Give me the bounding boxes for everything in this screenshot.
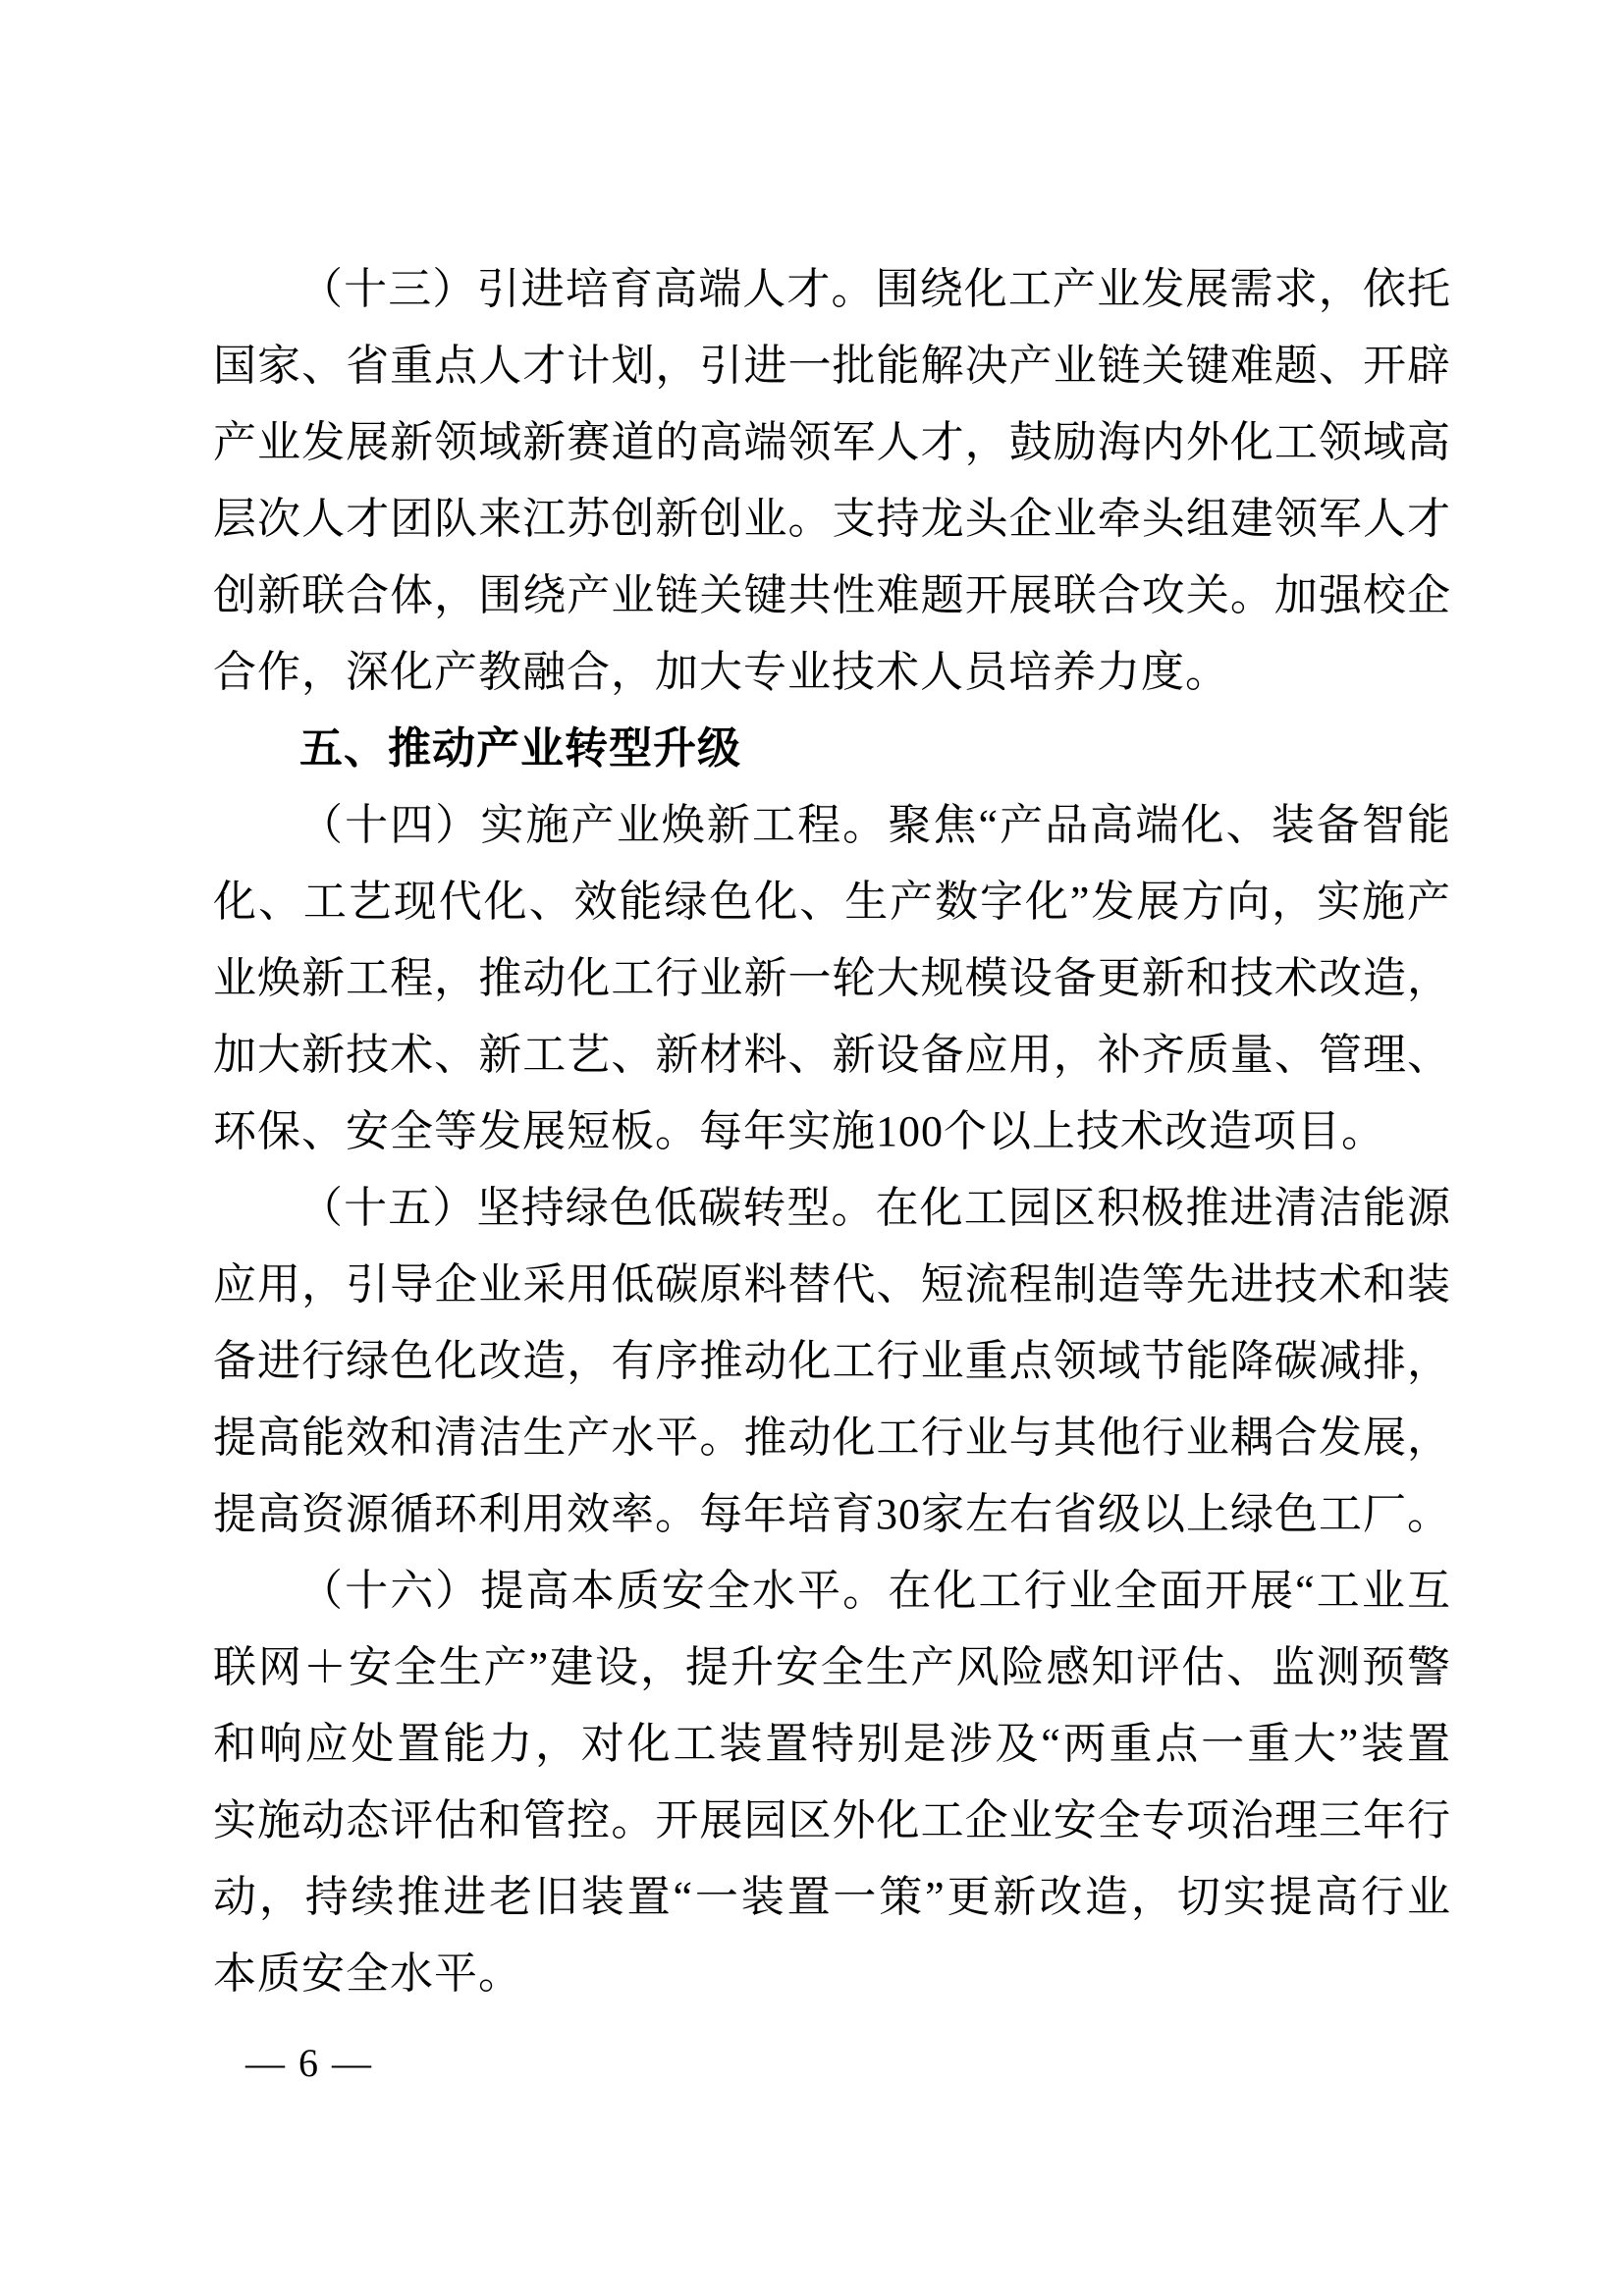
body-line: 提高能效和清洁生产水平。推动化工行业与其他行业耦合发展， bbox=[213, 1400, 1451, 1476]
body-line: 层次人才团队来江苏创新创业。支持龙头企业牵头组建领军人才 bbox=[213, 481, 1451, 558]
body-line: （十五）坚持绿色低碳转型。在化工园区积极推进清洁能源 bbox=[213, 1170, 1451, 1247]
document-page: （十三）引进培育高端人才。围绕化工产业发展需求，依托 国家、省重点人才计划，引进… bbox=[0, 0, 1624, 2296]
body-line: 国家、省重点人才计划，引进一批能解决产业链关键难题、开辟 bbox=[213, 328, 1451, 404]
body-line: 合作，深化产教融合，加大专业技术人员培养力度。 bbox=[213, 634, 1451, 711]
page-number: — 6 — bbox=[245, 2028, 373, 2099]
paragraph-item-14: （十四）实施产业焕新工程。聚焦“产品高端化、装备智能 化、工艺现代化、效能绿色化… bbox=[213, 787, 1451, 1170]
paragraph-item-13: （十三）引进培育高端人才。围绕化工产业发展需求，依托 国家、省重点人才计划，引进… bbox=[213, 251, 1451, 711]
body-line: 实施动态评估和管控。开展园区外化工企业安全专项治理三年行 bbox=[213, 1783, 1451, 1859]
paragraph-item-15: （十五）坚持绿色低碳转型。在化工园区积极推进清洁能源 应用，引导企业采用低碳原料… bbox=[213, 1170, 1451, 1553]
body-line: （十四）实施产业焕新工程。聚焦“产品高端化、装备智能 bbox=[213, 787, 1451, 864]
body-line: （十六）提高本质安全水平。在化工行业全面开展“工业互 bbox=[213, 1553, 1451, 1629]
body-line: 提高资源循环利用效率。每年培育30家左右省级以上绿色工厂。 bbox=[213, 1476, 1451, 1553]
body-line: 联网＋安全生产”建设，提升安全生产风险感知评估、监测预警 bbox=[213, 1629, 1451, 1706]
body-line: 本质安全水平。 bbox=[213, 1936, 1451, 2012]
body-line: （十三）引进培育高端人才。围绕化工产业发展需求，依托 bbox=[213, 251, 1451, 328]
body-line: 产业发展新领域新赛道的高端领军人才，鼓励海内外化工领域高 bbox=[213, 404, 1451, 481]
body-line: 业焕新工程，推动化工行业新一轮大规模设备更新和技术改造， bbox=[213, 940, 1451, 1017]
body-line: 动，持续推进老旧装置“一装置一策”更新改造，切实提高行业 bbox=[213, 1859, 1451, 1936]
body-line: 创新联合体，围绕产业链关键共性难题开展联合攻关。加强校企 bbox=[213, 558, 1451, 634]
body-line: 和响应处置能力，对化工装置特别是涉及“两重点一重大”装置 bbox=[213, 1706, 1451, 1783]
section-heading: 五、推动产业转型升级 bbox=[213, 711, 1451, 787]
body-line: 应用，引导企业采用低碳原料替代、短流程制造等先进技术和装 bbox=[213, 1247, 1451, 1323]
body-line: 环保、安全等发展短板。每年实施100个以上技术改造项目。 bbox=[213, 1094, 1451, 1170]
paragraph-item-16: （十六）提高本质安全水平。在化工行业全面开展“工业互 联网＋安全生产”建设，提升… bbox=[213, 1553, 1451, 2012]
body-line: 加大新技术、新工艺、新材料、新设备应用，补齐质量、管理、 bbox=[213, 1017, 1451, 1094]
body-line: 化、工艺现代化、效能绿色化、生产数字化”发展方向，实施产 bbox=[213, 864, 1451, 940]
section-5: 五、推动产业转型升级 bbox=[213, 711, 1451, 787]
body-line: 备进行绿色化改造，有序推动化工行业重点领域节能降碳减排， bbox=[213, 1323, 1451, 1400]
document-text-block: （十三）引进培育高端人才。围绕化工产业发展需求，依托 国家、省重点人才计划，引进… bbox=[213, 251, 1451, 2012]
